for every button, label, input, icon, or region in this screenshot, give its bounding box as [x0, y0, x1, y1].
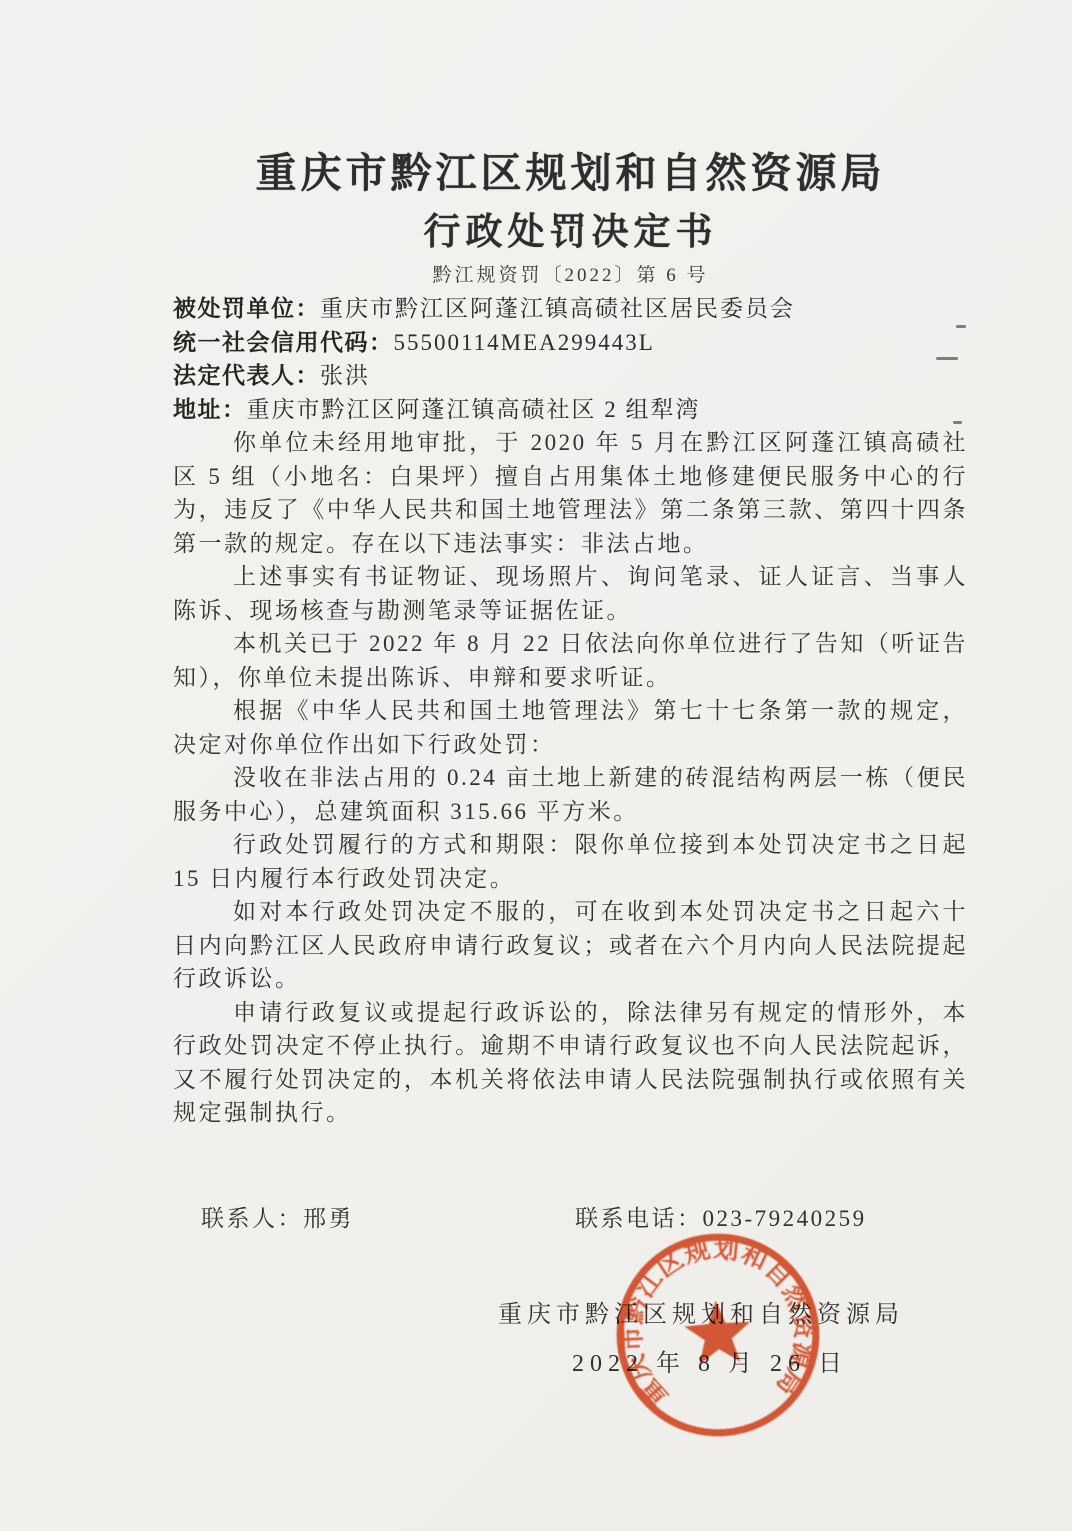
document-content: 重庆市黔江区规划和自然资源局 行政处罚决定书 黔江规资罚〔2022〕第 6 号 …: [173, 150, 968, 1381]
paragraph-evidence: 上述事实有书证物证、现场照片、询问笔录、证人证言、当事人陈诉、现场核查与勘测笔录…: [173, 560, 968, 627]
field-value: 重庆市黔江区阿蓬江镇高碛社区居民委员会: [320, 296, 795, 321]
field-address: 地址：重庆市黔江区阿蓬江镇高碛社区 2 组犁湾: [173, 393, 968, 427]
paragraph-penalty: 没收在非法占用的 0.24 亩土地上新建的砖混结构两层一栋（便民服务中心），总建…: [173, 761, 968, 828]
seal-star-icon: [683, 1298, 753, 1365]
document-title-org: 重庆市黔江区规划和自然资源局: [173, 150, 968, 196]
document-number: 黔江规资罚〔2022〕第 6 号: [173, 264, 968, 288]
contact-line: 联系人：邢勇 联系电话：023-79240259: [173, 1202, 968, 1235]
paragraph-notification: 本机关已于 2022 年 8 月 22 日依法向你单位进行了告知（听证告知），你…: [173, 627, 968, 694]
field-value: 重庆市黔江区阿蓬江镇高碛社区 2 组犁湾: [247, 397, 701, 422]
contact-person-name: 邢勇: [303, 1206, 354, 1231]
contact-person: 联系人：邢勇: [201, 1206, 354, 1231]
field-legal-representative: 法定代表人：张洪: [173, 359, 968, 393]
document-body: 你单位未经用地审批，于 2020 年 5 月在黔江区阿蓬江镇高碛社区 5 组（小…: [173, 426, 968, 1130]
field-label: 地址：: [173, 396, 247, 422]
field-value: 张洪: [320, 363, 370, 388]
official-seal: 重庆市黔江区规划和自然资源局: [604, 1221, 832, 1449]
paragraph-deadline: 行政处罚履行的方式和期限：限你单位接到本处罚决定书之日起 15 日内履行本行政处…: [173, 828, 968, 895]
scanned-document-page: 重庆市黔江区规划和自然资源局 行政处罚决定书 黔江规资罚〔2022〕第 6 号 …: [0, 0, 1072, 1531]
signature-date: 2022 年 8 月 26 日: [173, 1348, 968, 1381]
scan-artifact: [953, 421, 962, 424]
field-credit-code: 统一社会信用代码：55500114MEA299443L: [173, 326, 968, 360]
paragraph-facts: 你单位未经用地审批，于 2020 年 5 月在黔江区阿蓬江镇高碛社区 5 组（小…: [173, 426, 968, 560]
paragraph-legal-basis: 根据《中华人民共和国土地管理法》第七十七条第一款的规定，决定对你单位作出如下行政…: [173, 694, 968, 761]
field-punished-unit: 被处罚单位：重庆市黔江区阿蓬江镇高碛社区居民委员会: [173, 292, 968, 326]
signature-organization: 重庆市黔江区规划和自然资源局: [173, 1299, 968, 1332]
scan-artifact: [956, 325, 966, 328]
contact-person-label: 联系人：: [201, 1206, 303, 1231]
field-value: 55500114MEA299443L: [394, 330, 655, 355]
field-label: 被处罚单位：: [173, 295, 320, 321]
paragraph-appeal-rights: 如对本行政处罚决定不服的，可在收到本处罚决定书之日起六十日内向黔江区人民政府申请…: [173, 895, 968, 996]
document-title-type: 行政处罚决定书: [173, 208, 968, 258]
scan-artifact: [936, 357, 958, 360]
header-fields: 被处罚单位：重庆市黔江区阿蓬江镇高碛社区居民委员会 统一社会信用代码：55500…: [173, 292, 968, 426]
paragraph-enforcement: 申请行政复议或提起行政诉讼的，除法律另有规定的情形外，本行政处罚决定不停止执行。…: [173, 996, 968, 1130]
field-label: 统一社会信用代码：: [173, 329, 394, 355]
contact-phone-label: 联系电话：: [575, 1206, 703, 1231]
field-label: 法定代表人：: [173, 362, 320, 388]
